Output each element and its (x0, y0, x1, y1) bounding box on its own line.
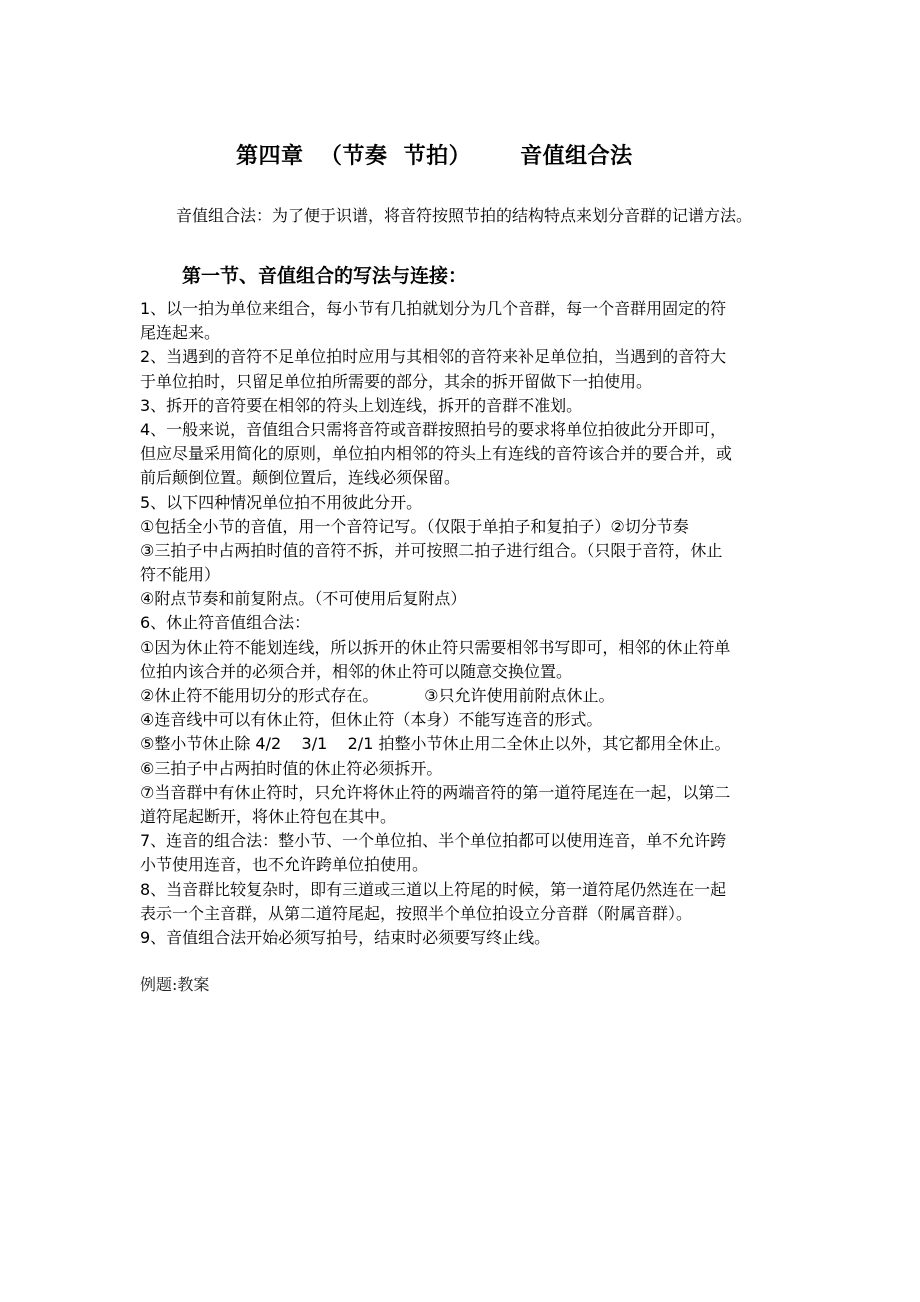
body-line: 8、当音群比较复杂时，即有三道或三道以上符尾的时候，第一道符尾仍然连在一起 (140, 878, 840, 902)
body-line: 前后颠倒位置。颠倒位置后，连线必须保留。 (140, 466, 840, 490)
chapter-title: 第四章 （节奏 节拍） 音值组合法 (236, 139, 633, 170)
body-line: ②休止符不能用切分的形式存在。 ③只允许使用前附点休止。 (140, 684, 840, 708)
body-line: 尾连起来。 (140, 321, 840, 345)
document-page: 第四章 （节奏 节拍） 音值组合法 音值组合法：为了便于识谱，将音符按照节拍的结… (0, 0, 920, 1302)
rules-body: 1、以一拍为单位来组合，每小节有几拍就划分为几个音群，每一个音群用固定的符 尾连… (140, 297, 840, 950)
intro-paragraph: 音值组合法：为了便于识谱，将音符按照节拍的结构特点来划分音群的记谱方法。 (176, 203, 752, 226)
body-line: 表示一个主音群，从第二道符尾起，按照半个单位拍设立分音群（附属音群）。 (140, 902, 840, 926)
section-heading: 第一节、音值组合的写法与连接： (182, 261, 467, 288)
body-line: 但应尽量采用简化的原则，单位拍内相邻的符头上有连线的音符该合并的要合并，或 (140, 442, 840, 466)
body-line: 9、音值组合法开始必须写拍号，结束时必须要写终止线。 (140, 926, 840, 950)
body-line: ①因为休止符不能划连线，所以拆开的休止符只需要相邻书写即可，相邻的休止符单 (140, 636, 840, 660)
body-line: 于单位拍时，只留足单位拍所需要的部分，其余的拆开留做下一拍使用。 (140, 370, 840, 394)
body-line: ⑤整小节休止除 4/2 3/1 2/1 拍整小节休止用二全休止以外，其它都用全休… (140, 732, 840, 756)
body-line: 4、一般来说，音值组合只需将音符或音群按照拍号的要求将单位拍彼此分开即可， (140, 418, 840, 442)
body-line: ③三拍子中占两拍时值的音符不拆，并可按照二拍子进行组合。（只限于音符，休止 (140, 539, 840, 563)
body-line: 符不能用） (140, 563, 840, 587)
body-line: 3、拆开的音符要在相邻的符头上划连线，拆开的音群不准划。 (140, 394, 840, 418)
body-line: ⑥三拍子中占两拍时值的休止符必须拆开。 (140, 757, 840, 781)
body-line: 1、以一拍为单位来组合，每小节有几拍就划分为几个音群，每一个音群用固定的符 (140, 297, 840, 321)
example-label: 例题:教案 (140, 972, 209, 995)
body-line: ⑦当音群中有休止符时，只允许将休止符的两端音符的第一道符尾连在一起，以第二 (140, 781, 840, 805)
body-line: 7、连音的组合法：整小节、一个单位拍、半个单位拍都可以使用连音，单不允许跨 (140, 829, 840, 853)
body-line: 道符尾起断开，将休止符包在其中。 (140, 805, 840, 829)
body-line: 小节使用连音，也不允许跨单位拍使用。 (140, 853, 840, 877)
body-line: 2、当遇到的音符不足单位拍时应用与其相邻的音符来补足单位拍，当遇到的音符大 (140, 345, 840, 369)
body-line: ④连音线中可以有休止符，但休止符（本身）不能写连音的形式。 (140, 708, 840, 732)
body-line: ④附点节奏和前复附点。（不可使用后复附点） (140, 587, 840, 611)
body-line: ①包括全小节的音值，用一个音符记写。（仅限于单拍子和复拍子）②切分节奏 (140, 515, 840, 539)
body-line: 位拍内该合并的必须合并，相邻的休止符可以随意交换位置。 (140, 660, 840, 684)
body-line: 6、休止符音值组合法： (140, 611, 840, 635)
body-line: 5、以下四种情况单位拍不用彼此分开。 (140, 491, 840, 515)
